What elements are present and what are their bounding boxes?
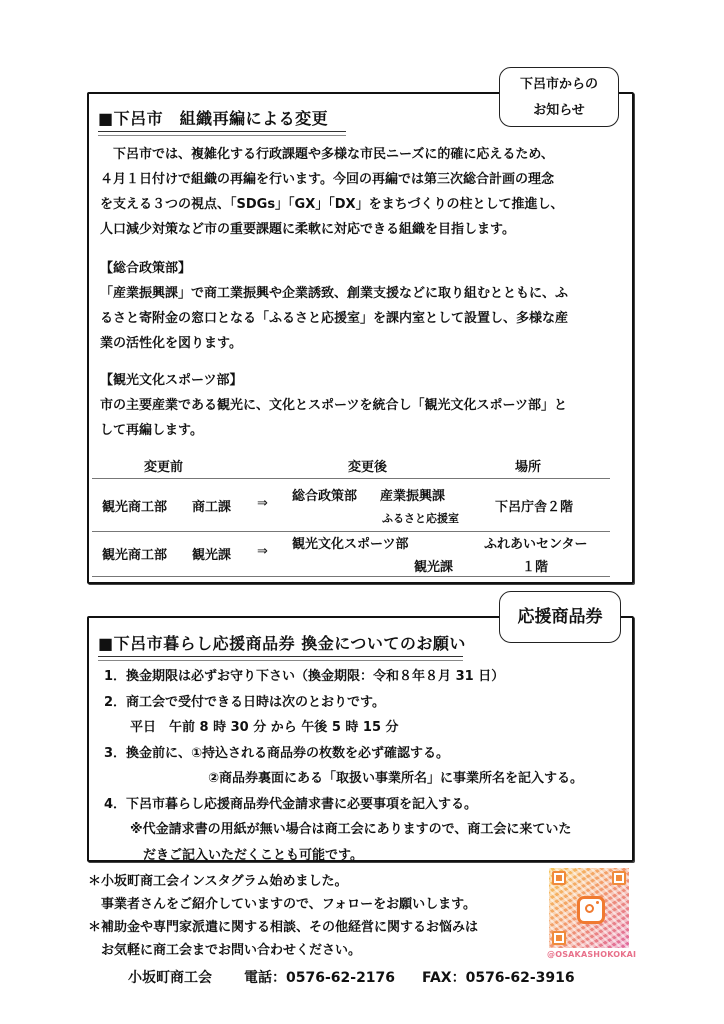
row1-before-dept: 観光商工部: [102, 496, 167, 515]
row1-after-sub: ふるさと応援室: [382, 510, 459, 526]
header-after: 変更後: [348, 456, 387, 475]
notice-tag-voucher: 応援商品券: [499, 591, 621, 643]
row1-after-dept: 総合政策部: [292, 485, 357, 504]
instruction-item: ②商品券裏面にある「取扱い事業所名」に事業所名を記入する。: [104, 766, 624, 792]
table-divider: [92, 478, 610, 479]
intro-paragraph: 下呂市では、複雑化する行政課題や多様な市民ニーズに的確に応えるため、 ４月１日付…: [100, 142, 622, 242]
title-underline: [98, 131, 346, 136]
qr-finder-icon: [552, 871, 566, 885]
instruction-item: だきご記入いただくことも可能です。: [104, 843, 624, 869]
instruction-item: 1．換金期限は必ずお守り下さい（換金期限：令和８年８月 31 日）: [104, 664, 624, 690]
contact-fax: FAX：0576-62-3916: [422, 967, 575, 990]
header-before: 変更前: [144, 456, 183, 475]
title-underline: [98, 656, 463, 661]
section-line: るさと寄附金の窓口となる「ふるさと応援室」を課内室として設置し、多様な産: [100, 306, 622, 331]
instruction-item: ※代金請求書の用紙が無い場合は商工会にありますので、商工会に来ていた: [104, 817, 624, 843]
footer-line: 事業者さんをご紹介していますので、フォローをお願いします。: [88, 893, 538, 916]
footer-line: お気軽に商工会までお問い合わせください。: [88, 939, 538, 962]
footer-notes: ＊小坂町商工会インスタグラム始めました。 事業者さんをご紹介していますので、フォ…: [88, 870, 538, 962]
contact-org: 小坂町商工会: [128, 967, 212, 990]
instruction-item: 3．換金前に、①持込される商品券の枚数を必ず確認する。: [104, 741, 624, 767]
footer-line: ＊補助金や専門家派遣に関する相談、その他経営に関するお悩みは: [88, 916, 538, 939]
reorganization-title-text: ■下呂市 組織再編による変更: [98, 109, 328, 128]
qr-finder-icon: [552, 931, 566, 945]
reorganization-table: 変更前 変更後 場所 観光商工部 商工課 ⇒ 総合政策部 産業振興課 ふるさと応…: [92, 456, 624, 576]
instagram-qr-code[interactable]: [549, 868, 629, 948]
voucher-title: ■下呂市暮らし応援商品券 換金についてのお願い: [98, 631, 466, 654]
section-line: 市の主要産業である観光に、文化とスポーツを統合し「観光文化スポーツ部」と: [100, 393, 622, 418]
intro-line: ４月１日付けで組織の再編を行います。今回の再編では第三次総合計画の理念: [100, 167, 622, 192]
table-divider: [92, 531, 610, 532]
instruction-item: 4．下呂市暮らし応援商品券代金請求書に必要事項を記入する。: [104, 792, 624, 818]
section-line: して再編します。: [100, 418, 622, 443]
voucher-title-text: ■下呂市暮らし応援商品券 換金についてのお願い: [98, 634, 466, 653]
row1-after-section: 産業振興課: [380, 485, 445, 504]
row2-before-dept: 観光商工部: [102, 544, 167, 563]
intro-line: 人口減少対策など市の重要課題に柔軟に対応できる組織を目指します。: [100, 217, 622, 242]
tag-line-2: お知らせ: [500, 98, 618, 124]
row2-after-dept: 観光文化スポーツ部: [292, 533, 408, 552]
row2-location-line2: １階: [522, 556, 548, 575]
voucher-instructions: 1．換金期限は必ずお守り下さい（換金期限：令和８年８月 31 日） 2．商工会で…: [104, 664, 624, 868]
section-line: 業の活性化を図ります。: [100, 331, 622, 356]
contact-phone: 電話：0576-62-2176: [244, 967, 395, 990]
row2-before-section: 観光課: [192, 544, 231, 563]
instruction-item: 平日 午前 8 時 30 分 から 午後 5 時 15 分: [104, 715, 624, 741]
section-general-policy: 【総合政策部】 「産業振興課」で商工業振興や企業誘致、創業支援などに取り組むとと…: [100, 256, 622, 356]
instruction-item: 2．商工会で受付できる日時は次のとおりです。: [104, 690, 624, 716]
instagram-handle: @OSAKASHOKOKAI: [547, 950, 633, 959]
tag-line-1: 下呂市からの: [500, 72, 618, 98]
qr-finder-icon: [612, 871, 626, 885]
instagram-icon: [577, 896, 605, 924]
section-heading: 【総合政策部】: [100, 256, 622, 281]
section-heading: 【観光文化スポーツ部】: [100, 368, 622, 393]
row2-arrow: ⇒: [257, 544, 268, 559]
intro-line: を支える３つの視点、「SDGs」「GX」「DX」をまちづくりの柱として推進し、: [100, 192, 622, 217]
section-line: 「産業振興課」で商工業振興や企業誘致、創業支援などに取り組むとともに、ふ: [100, 281, 622, 306]
notice-tag-city: 下呂市からの お知らせ: [499, 67, 619, 127]
intro-line: 下呂市では、複雑化する行政課題や多様な市民ニーズに的確に応えるため、: [100, 142, 622, 167]
table-divider: [92, 576, 610, 577]
footer-line: ＊小坂町商工会インスタグラム始めました。: [88, 870, 538, 893]
row2-after-sub: 観光課: [414, 556, 453, 575]
section-tourism-culture-sports: 【観光文化スポーツ部】 市の主要産業である観光に、文化とスポーツを統合し「観光文…: [100, 368, 622, 443]
row1-before-section: 商工課: [192, 496, 231, 515]
row1-arrow: ⇒: [257, 496, 268, 511]
reorganization-title: ■下呂市 組織再編による変更: [98, 106, 328, 129]
row1-location: 下呂庁舎２階: [495, 496, 573, 515]
row2-location-line1: ふれあいセンター: [484, 533, 587, 552]
header-location: 場所: [515, 456, 541, 475]
